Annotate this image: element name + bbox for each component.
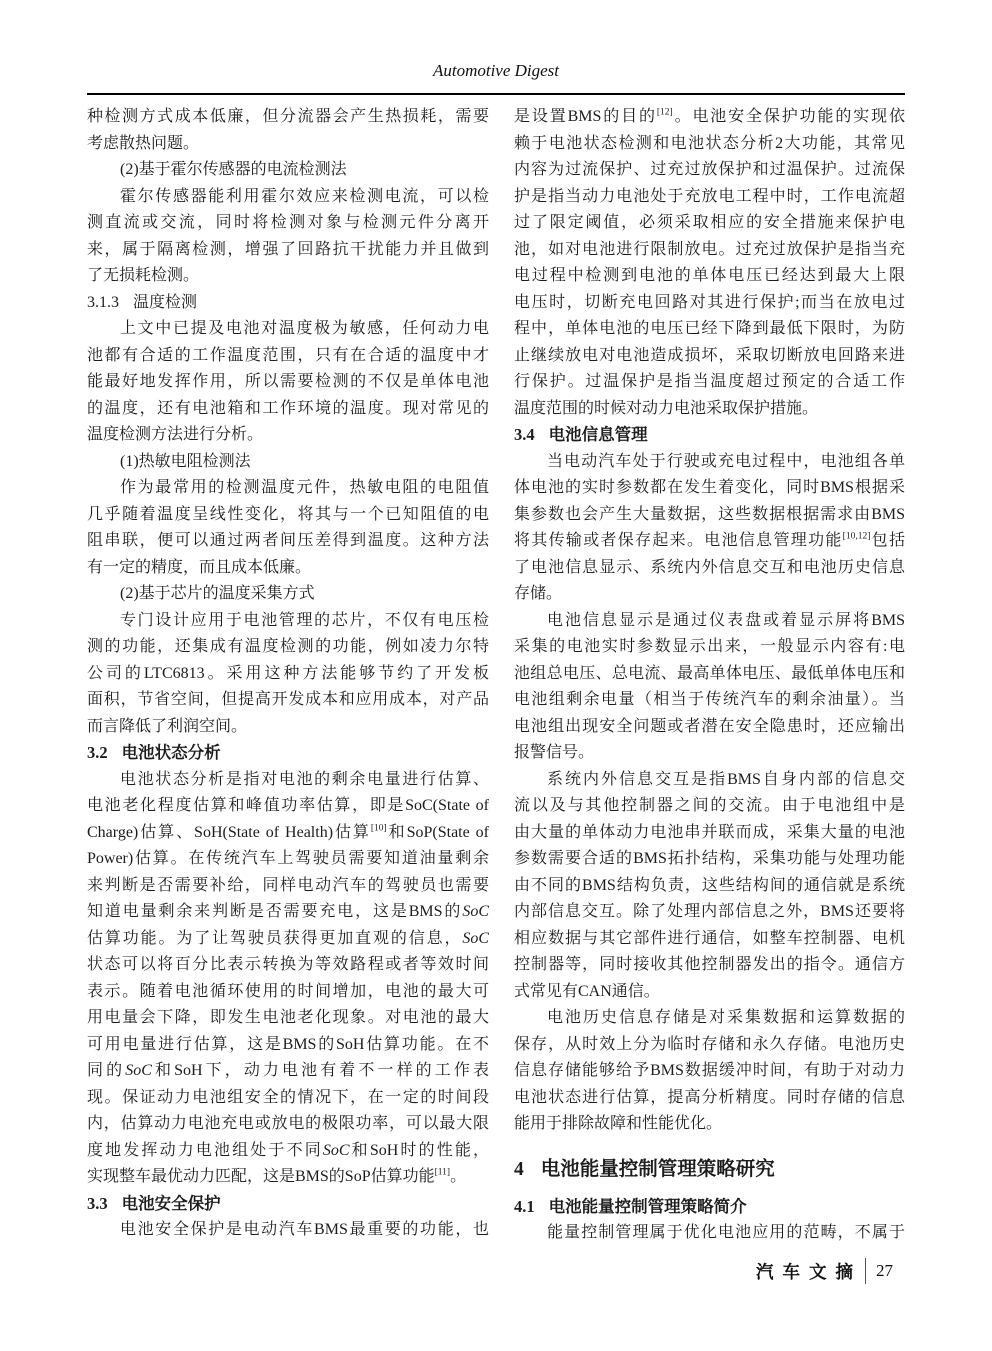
- section-heading-3.1.3: 3.1.3温度检测: [87, 290, 489, 317]
- page-number: 27: [876, 1261, 893, 1281]
- heading-number: 3.3: [87, 1194, 108, 1213]
- text-line: 估算功能。为了让驾驶员获得更加直观的信息，SoC: [87, 926, 489, 953]
- text-line: 池都有合适的工作温度范围，只有在合适的温度中才: [87, 343, 489, 370]
- text-line: 当电动汽车处于行驶或充电过程中，电池组各单: [514, 449, 905, 476]
- text-line: Power)估算。在传统汽车上驾驶员需要知道油量剩余: [87, 846, 489, 873]
- text-line: 保存，从时效上分为临时存储和永久存储。电池历史: [514, 1032, 905, 1059]
- paragraph: (1)热敏电阻检测法: [87, 449, 489, 476]
- text-line: 实现整车最优动力匹配，这是BMS的SoP估算功能[11]。: [87, 1164, 489, 1191]
- header-rule: [87, 93, 905, 95]
- text-line: 知道电量剩余来判断是否需要充电，这是BMS的SoC: [87, 899, 489, 926]
- column-left: 种检测方式成本低廉，但分流器会产生热损耗，需要考虑散热问题。(2)基于霍尔传感器…: [87, 104, 489, 1247]
- text-line: 系统内外信息交互是指BMS自身内部的信息交: [514, 767, 905, 794]
- journal-title: Automotive Digest: [0, 61, 992, 81]
- heading-title: 温度检测: [133, 294, 197, 311]
- paragraph: 电池信息显示是通过仪表盘或着显示屏将BMS采集的电池实时参数显示出来，一般显示内…: [514, 608, 905, 767]
- text-line: 温度范围的时候对动力电池采取保护措施。: [514, 396, 905, 423]
- heading-number: 4: [514, 1159, 524, 1180]
- text-line: 种检测方式成本低廉，但分流器会产生热损耗，需要: [87, 104, 489, 131]
- text-line: 内部信息交互。除了处理内部信息之外，BMS还要将: [514, 899, 905, 926]
- heading-number: 3.1.3: [87, 294, 119, 311]
- paragraph: 当电动汽车处于行驶或充电过程中，电池组各单体电池的实时参数都在发生着变化，同时B…: [514, 449, 905, 608]
- text-line: 采集的电池实时参数显示出来，一般显示内容有:电: [514, 634, 905, 661]
- text-line: 集参数也会产生大量数据，这些数据根据需求由BMS: [514, 502, 905, 529]
- journal-page: Automotive Digest 种检测方式成本低廉，但分流器会产生热损耗，需…: [0, 0, 992, 1351]
- heading-title: 电池信息管理: [549, 426, 648, 444]
- paragraph: (2)基于芯片的温度采集方式: [87, 581, 489, 608]
- page-footer: 汽车文摘 27: [756, 1257, 893, 1285]
- paragraph: 系统内外信息交互是指BMS自身内部的信息交流以及与其他控制器之间的交流。由于电池…: [514, 767, 905, 1006]
- heading-title: 电池状态分析: [122, 744, 221, 762]
- text-line: 相应数据与其它部件进行通信，如整车控制器、电机: [514, 926, 905, 953]
- text-line: 是设置BMS的目的[12]。电池安全保护功能的实现依: [514, 104, 905, 131]
- heading-title: 电池安全保护: [122, 1195, 221, 1213]
- paragraph: 作为最常用的检测温度元件，热敏电阻的电阻值几乎随着温度呈线性变化，将其与一个已知…: [87, 475, 489, 581]
- text-line: 专门设计应用于电池管理的芯片，不仅有电压检: [87, 608, 489, 635]
- text-line: 温度检测方法进行分析。: [87, 422, 489, 449]
- text-line: 护是指当动力电池处于充放电工程中时，工作电流超: [514, 184, 905, 211]
- text-line: 程中，单体电池的电压已经下降到最低下限时，为防: [514, 316, 905, 343]
- text-line: 由不同的BMS结构负责，这些结构间的通信就是系统: [514, 873, 905, 900]
- text-line: 考虑散热问题。: [87, 131, 489, 158]
- heading-number: 4.1: [514, 1197, 535, 1216]
- text-line: (1)热敏电阻检测法: [87, 449, 489, 476]
- text-line: 能最好地发挥作用，所以需要检测的不仅是单体电池: [87, 369, 489, 396]
- text-line: 池，如对电池进行限制放电。过充过放保护是指当充: [514, 237, 905, 264]
- text-line: 信息存储能够给予BMS数据缓冲时间，有助于对动力: [514, 1058, 905, 1085]
- text-line: 能量控制管理属于优化电池应用的范畴，不属于: [514, 1220, 905, 1247]
- text-line: 由大量的单体动力电池串并联而成，采集大量的电池: [514, 820, 905, 847]
- text-line: 能用于排除故障和性能优化。: [514, 1111, 905, 1138]
- text-line: 止继续放电对电池造成损坏，采取切断放电回路来进: [514, 343, 905, 370]
- paragraph: 电池状态分析是指对电池的剩余电量进行估算、电池老化程度估算和峰值功率估算，即是S…: [87, 767, 489, 1191]
- paragraph: 电池安全保护是电动汽车BMS最重要的功能，也: [87, 1217, 489, 1244]
- section-heading-4.1: 4.1电池能量控制管理策略简介: [514, 1194, 905, 1221]
- section-heading-3.4: 3.4电池信息管理: [514, 422, 905, 449]
- heading-title: 电池能量控制管理策略简介: [549, 1198, 747, 1216]
- text-line: 赖于电池状态检测和电池状态分析2大功能，其常见: [514, 131, 905, 158]
- paragraph: 专门设计应用于电池管理的芯片，不仅有电压检测的功能，还集成有温度检测的功能，例如…: [87, 608, 489, 741]
- text-line: 电池信息显示是通过仪表盘或着显示屏将BMS: [514, 608, 905, 635]
- paragraph: 电池历史信息存储是对采集数据和运算数据的保存，从时效上分为临时存储和永久存储。电…: [514, 1005, 905, 1138]
- text-line: 电池安全保护是电动汽车BMS最重要的功能，也: [87, 1217, 489, 1244]
- section-heading-3.3: 3.3电池安全保护: [87, 1191, 489, 1218]
- text-line: 电池状态分析是指对电池的剩余电量进行估算、: [87, 767, 489, 794]
- text-line: 状态可以将百分比表示转换为等效路程或者等效时间: [87, 952, 489, 979]
- text-line: 电池历史信息存储是对采集数据和运算数据的: [514, 1005, 905, 1032]
- text-line: 将其传输或者保存起来。电池信息管理功能[10,12]包括: [514, 528, 905, 555]
- text-line: 来，属于隔离检测，增强了回路抗干扰能力并且做到: [87, 237, 489, 264]
- paragraph: 能量控制管理属于优化电池应用的范畴，不属于: [514, 1220, 905, 1247]
- section-heading-4: 4电池能量控制管理策略研究: [514, 1154, 905, 1184]
- text-line: Charge)估算、SoH(State of Health)估算[10]和SoP…: [87, 820, 489, 847]
- text-line: 内，估算动力电池充电或放电的极限功率，可以最大限: [87, 1111, 489, 1138]
- text-line: 过了限定阈值，必须采取相应的安全措施来保护电: [514, 210, 905, 237]
- journal-name-cn: 汽车文摘: [756, 1259, 862, 1284]
- text-line: 测直流或交流，同时将检测对象与检测元件分离开: [87, 210, 489, 237]
- text-line: 参数需要合适的BMS拓扑结构，采集功能与处理功能: [514, 846, 905, 873]
- text-line: 控制器等，同时接收其他控制器发出的指令。通信方: [514, 952, 905, 979]
- text-line: 度地发挥动力电池组处于不同SoC和SoH时的性能，: [87, 1138, 489, 1165]
- text-line: 几乎随着温度呈线性变化，将其与一个已知阻值的电: [87, 502, 489, 529]
- text-line: 面积，节省空间，但提高开发成本和应用成本，对产品: [87, 687, 489, 714]
- footer-divider: [865, 1258, 866, 1284]
- text-line: 阻串联，便可以通过两者间压差得到温度。这种方法: [87, 528, 489, 555]
- text-line: 电池组剩余电量（相当于传统汽车的剩余油量）。当: [514, 687, 905, 714]
- text-line: 行保护。过温保护是指当温度超过预定的合适工作: [514, 369, 905, 396]
- paragraph: 是设置BMS的目的[12]。电池安全保护功能的实现依赖于电池状态检测和电池状态分…: [514, 104, 905, 422]
- paragraph: 种检测方式成本低廉，但分流器会产生热损耗，需要考虑散热问题。: [87, 104, 489, 157]
- text-line: 公司的LTC6813。采用这种方法能够节约了开发板: [87, 661, 489, 688]
- text-line: 同的SoC和SoH下，动力电池有着不一样的工作表: [87, 1058, 489, 1085]
- text-line: (2)基于霍尔传感器的电流检测法: [87, 157, 489, 184]
- heading-title: 电池能量控制管理策略研究: [541, 1158, 775, 1180]
- text-line: 电池状态进行估算，提高分析精度。同时存储的信息: [514, 1085, 905, 1112]
- text-line: 的温度，还有电池箱和工作环境的温度。现对常见的: [87, 396, 489, 423]
- text-line: 现。保证动力电池组安全的情况下，在一定的时间段: [87, 1085, 489, 1112]
- text-line: 存储。: [514, 581, 905, 608]
- text-line: 电过程中检测到电池的单体电压已经达到最大上限: [514, 263, 905, 290]
- section-heading-3.2: 3.2电池状态分析: [87, 740, 489, 767]
- text-line: 电池组出现安全问题或者潜在安全隐患时，还应输出: [514, 714, 905, 741]
- text-line: 报警信号。: [514, 740, 905, 767]
- text-line: 霍尔传感器能利用霍尔效应来检测电流，可以检: [87, 184, 489, 211]
- text-line: 内容为过流保护、过充过放保护和过温保护。过流保: [514, 157, 905, 184]
- paragraph: 上文中已提及电池对温度极为敏感，任何动力电池都有合适的工作温度范围，只有在合适的…: [87, 316, 489, 449]
- text-line: 而言降低了利润空间。: [87, 714, 489, 741]
- text-line: 池组总电压、总电流、最高单体电压、最低单体电压和: [514, 661, 905, 688]
- text-line: 了无损耗检测。: [87, 263, 489, 290]
- article-columns: 种检测方式成本低廉，但分流器会产生热损耗，需要考虑散热问题。(2)基于霍尔传感器…: [87, 104, 905, 1247]
- text-line: 来判断是否需要补给，同样电动汽车的驾驶员也需要: [87, 873, 489, 900]
- text-line: 有一定的精度，而且成本低廉。: [87, 555, 489, 582]
- text-line: 电池老化程度估算和峰值功率估算，即是SoC(State of: [87, 793, 489, 820]
- text-line: 电压时，切断充电回路对其进行保护;而当在放电过: [514, 290, 905, 317]
- paragraph: (2)基于霍尔传感器的电流检测法: [87, 157, 489, 184]
- text-line: 用电量会下降，即发生电池老化现象。对电池的最大: [87, 1005, 489, 1032]
- text-line: 作为最常用的检测温度元件，热敏电阻的电阻值: [87, 475, 489, 502]
- heading-number: 3.2: [87, 743, 108, 762]
- text-line: 体电池的实时参数都在发生着变化，同时BMS根据采: [514, 475, 905, 502]
- text-line: (2)基于芯片的温度采集方式: [87, 581, 489, 608]
- text-line: 流以及与其他控制器之间的交流。由于电池组中是: [514, 793, 905, 820]
- paragraph: 霍尔传感器能利用霍尔效应来检测电流，可以检测直流或交流，同时将检测对象与检测元件…: [87, 184, 489, 290]
- text-line: 可用电量进行估算，这是BMS的SoH估算功能。在不: [87, 1032, 489, 1059]
- text-line: 测的功能，还集成有温度检测的功能，例如凌力尔特: [87, 634, 489, 661]
- text-line: 式常见有CAN通信。: [514, 979, 905, 1006]
- text-line: 上文中已提及电池对温度极为敏感，任何动力电: [87, 316, 489, 343]
- column-right: 是设置BMS的目的[12]。电池安全保护功能的实现依赖于电池状态检测和电池状态分…: [514, 104, 905, 1247]
- text-line: 了电池信息显示、系统内外信息交互和电池历史信息: [514, 555, 905, 582]
- text-line: 表示。随着电池循环使用的时间增加，电池的最大可: [87, 979, 489, 1006]
- heading-number: 3.4: [514, 425, 535, 444]
